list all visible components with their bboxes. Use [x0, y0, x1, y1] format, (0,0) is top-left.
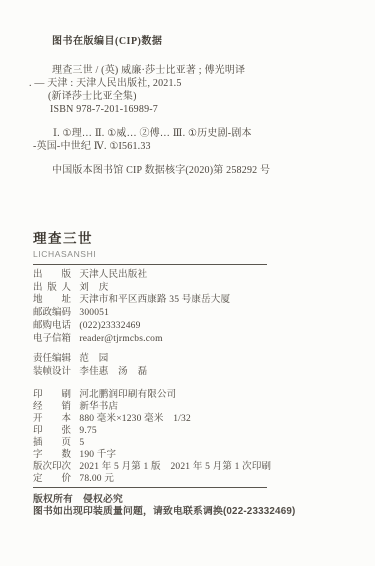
row-value: 刘 庆 — [79, 282, 108, 295]
row-label: 邮政编码 — [33, 307, 71, 320]
row-label: 插页 — [33, 437, 71, 449]
book-copyright-page: 图书在版编目(CIP)数据 理查三世 / (英) 威廉·莎士比亚著 ; 傅光明译… — [0, 0, 375, 566]
row-postal-code: 邮政编码 300051 — [33, 307, 357, 320]
row-inserts: 插页 5 — [33, 437, 357, 449]
divider-top — [33, 264, 267, 265]
print-info-rows: 印刷 河北鹏润印刷有限公司 经销 新华书店 开本 880 毫米×1230 毫米 … — [33, 389, 357, 485]
row-label: 责任编辑 — [33, 353, 71, 366]
cip-publisher-line: . — 天津 : 天津人民出版社, 2021.5 — [29, 77, 357, 90]
row-label: 经销 — [33, 401, 71, 413]
row-label: 定价 — [33, 473, 71, 485]
row-value: 880 毫米×1230 毫米 1/32 — [79, 413, 191, 425]
row-editor: 责任编辑 范 园 — [33, 353, 357, 366]
row-value: 新华书店 — [79, 401, 118, 413]
row-label: 地址 — [33, 294, 71, 307]
title-block: 理查三世 LICHASANSHI — [33, 231, 357, 265]
row-price: 定价 78.00 元 — [33, 473, 357, 485]
row-edition: 版次印次 2021 年 5 月第 1 版 2021 年 5 月第 1 次印刷 — [33, 461, 357, 473]
row-label: 出版人 — [33, 282, 71, 295]
row-label: 版次印次 — [33, 461, 71, 473]
cip-classification-line-1: Ⅰ. ①理… Ⅱ. ①威… ②傅… Ⅲ. ①历史剧-剧本 — [53, 127, 357, 140]
row-distributor: 经销 新华书店 — [33, 401, 357, 413]
row-value: 范 园 — [79, 353, 108, 366]
row-value: 5 — [79, 437, 84, 449]
staff-info-rows: 责任编辑 范 园 装帧设计 李佳惠 汤 磊 — [33, 353, 357, 378]
row-label: 印刷 — [33, 389, 71, 401]
row-value: 天津市和平区西康路 35 号康岳大厦 — [79, 294, 230, 307]
row-value: 天津人民出版社 — [79, 269, 147, 282]
cip-title-author-line: 理查三世 / (英) 威廉·莎士比亚著 ; 傅光明译 — [52, 64, 357, 77]
row-printer: 印刷 河北鹏润印刷有限公司 — [33, 389, 357, 401]
row-order-phone: 邮购电话 (022)23332469 — [33, 320, 357, 333]
cip-series-line: (新译莎士比亚全集) — [48, 90, 357, 103]
page-content: 图书在版编目(CIP)数据 理查三世 / (英) 威廉·莎士比亚著 ; 傅光明译… — [0, 32, 375, 519]
row-format: 开本 880 毫米×1230 毫米 1/32 — [33, 413, 357, 425]
row-label: 开本 — [33, 413, 71, 425]
row-label: 出版 — [33, 269, 71, 282]
row-value: (022)23332469 — [79, 320, 140, 333]
row-value: 河北鹏润印刷有限公司 — [79, 389, 176, 401]
row-value: 2021 年 5 月第 1 版 2021 年 5 月第 1 次印刷 — [79, 461, 271, 473]
cip-registration-number: 中国版本图书馆 CIP 数据核字(2020)第 258292 号 — [52, 164, 357, 177]
publisher-info-rows: 出版 天津人民出版社 出版人 刘 庆 地址 天津市和平区西康路 35 号康岳大厦… — [33, 269, 357, 345]
row-label: 电子信箱 — [33, 333, 71, 346]
cip-isbn: ISBN 978-7-201-16989-7 — [50, 103, 357, 116]
row-label: 印张 — [33, 425, 71, 437]
cip-header: 图书在版编目(CIP)数据 — [52, 32, 357, 47]
divider-bottom — [33, 487, 267, 488]
row-value: 78.00 元 — [79, 473, 114, 485]
row-publisher-person: 出版人 刘 庆 — [33, 282, 357, 295]
copyright-notice: 版权所有 侵权必究 图书如出现印装质量问题，请致电联系调换(022-233324… — [33, 494, 357, 519]
row-sheets: 印张 9.75 — [33, 425, 357, 437]
row-value: 9.75 — [79, 425, 96, 437]
row-publisher: 出版 天津人民出版社 — [33, 269, 357, 282]
book-title: 理查三世 — [33, 231, 357, 247]
row-value: 190 千字 — [79, 449, 116, 461]
row-word-count: 字数 190 千字 — [33, 449, 357, 461]
row-value: 李佳惠 汤 磊 — [79, 366, 147, 379]
rights-reserved-line: 版权所有 侵权必究 — [33, 494, 357, 507]
row-value: 300051 — [79, 307, 109, 320]
quality-service-line: 图书如出现印装质量问题，请致电联系调换(022-23332469) — [33, 506, 357, 519]
cip-classification-line-2: -英国-中世纪 Ⅳ. ①I561.33 — [33, 140, 357, 153]
cip-section: 图书在版编目(CIP)数据 理查三世 / (英) 威廉·莎士比亚著 ; 傅光明译… — [33, 32, 357, 177]
row-designer: 装帧设计 李佳惠 汤 磊 — [33, 366, 357, 379]
row-email: 电子信箱 reader@tjrmcbs.com — [33, 333, 357, 346]
row-label: 装帧设计 — [33, 366, 71, 379]
row-address: 地址 天津市和平区西康路 35 号康岳大厦 — [33, 294, 357, 307]
row-value: reader@tjrmcbs.com — [79, 333, 162, 346]
row-label: 邮购电话 — [33, 320, 71, 333]
book-title-pinyin: LICHASANSHI — [33, 249, 357, 259]
row-label: 字数 — [33, 449, 71, 461]
